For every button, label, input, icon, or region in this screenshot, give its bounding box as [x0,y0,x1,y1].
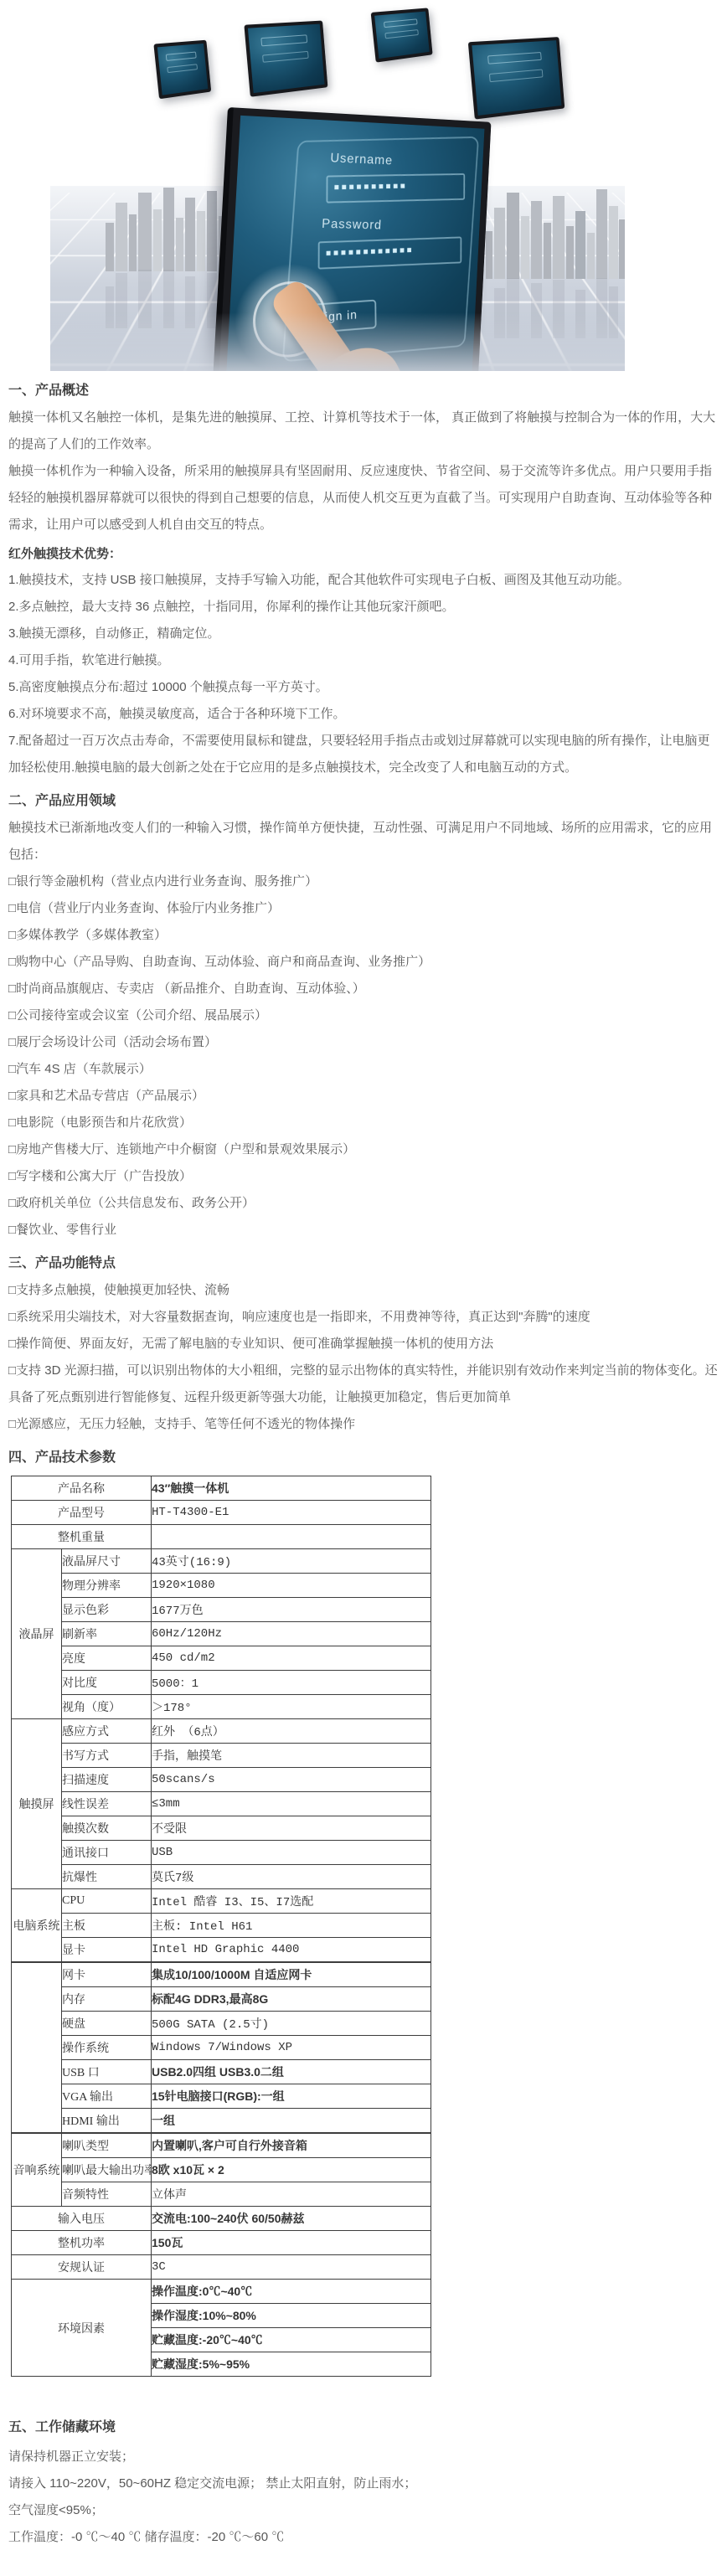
list-item: 1.触摸技术，支持 USB 接口触摸屏，支持手写输入功能，配合其他软件可实现电子… [8,567,719,594]
spec-group-cell: 环境因素 [12,2280,152,2377]
spec-value-cell: 500G SATA (2.5寸) [152,2012,431,2036]
list-item: 工作温度：-0 ℃～40 ℃ 储存温度：-20 ℃～60 ℃ [8,2524,719,2551]
monitor-graphic-small-4 [468,37,565,120]
section-heading-application: 二、产品应用领域 [8,792,719,811]
list-item: 5.高密度触摸点分布:超过 10000 个触摸点每一平方英寸。 [8,674,719,701]
list-item: □房地产售楼大厅、连锁地产中介橱窗（户型和景观效果展示） [8,1136,719,1163]
section-heading-specs: 四、产品技术参数 [8,1449,719,1467]
spec-value-cell: ≤3mm [152,1792,431,1816]
spec-value-cell: USB [152,1841,431,1865]
spec-row: 通讯接口USB [12,1841,431,1865]
spec-label-cell: 液晶屏尺寸 [62,1549,152,1574]
spec-value-cell: 标配4G DDR3,最高8G [152,1987,431,2012]
spec-value-cell: 1920×1080 [152,1574,431,1598]
spec-value-cell: HT-T4300-E1 [152,1501,431,1525]
environment-lines: 请保持机器正立安装；请接入 110~220V，50~60HZ 稳定交流电源； 禁… [8,2444,719,2551]
spec-value-cell: 60Hz/120Hz [152,1622,431,1646]
list-item: □公司接待室或会议室（公司介绍、展品展示） [8,1002,719,1029]
spec-table-body: 产品名称43″触摸一体机产品型号HT-T4300-E1整机重量液晶屏液晶屏尺寸4… [12,1476,431,2377]
list-item: 请保持机器正立安装； [8,2444,719,2470]
spec-row: 亮度450 cd/m2 [12,1646,431,1671]
spec-value-cell [152,1525,431,1549]
spec-value-cell: 集成10/100/1000M 自适应网卡 [152,1962,431,1987]
spec-value-cell: 43″触摸一体机 [152,1476,431,1501]
spec-value-cell: 450 cd/m2 [152,1646,431,1671]
spec-label-cell: 内存 [62,1987,152,2012]
spec-label-cell: 扫描速度 [62,1768,152,1792]
spec-label-cell: 线性误差 [62,1792,152,1816]
spec-row: 环境因素操作温度:0℃~40℃ [12,2280,431,2304]
spec-value-cell: 立体声 [152,2182,431,2207]
spec-label-cell: 整机重量 [12,1525,152,1549]
monitor-screen [374,12,430,59]
spec-row: 刷新率60Hz/120Hz [12,1622,431,1646]
list-item: 3.触摸无漂移，自动修正，精确定位。 [8,621,719,647]
spec-value-cell: 交流电:100~240伏 60/50赫兹 [152,2207,431,2231]
spec-row: 输入电压交流电:100~240伏 60/50赫兹 [12,2207,431,2231]
spec-label-cell: 刷新率 [62,1622,152,1646]
spec-value-cell: 不受限 [152,1816,431,1841]
section-heading-features: 三、产品功能特点 [8,1255,719,1273]
spec-label-cell: 对比度 [62,1671,152,1695]
spec-row: 喇叭最大输出功率8欧 x10瓦 × 2 [12,2158,431,2182]
spec-label-cell: 感应方式 [62,1719,152,1744]
spec-row: 主板主板: Intel H61 [12,1914,431,1938]
spec-row: 内存标配4G DDR3,最高8G [12,1987,431,2012]
spec-label-cell: HDMI 输出 [62,2109,152,2134]
spec-group-cell: 液晶屏 [12,1549,62,1719]
spec-row: 硬盘500G SATA (2.5寸) [12,2012,431,2036]
spec-label-cell: 音频特性 [62,2182,152,2207]
subheading-infrared: 红外触摸技术优势： [8,545,719,564]
spec-value-cell: 贮藏湿度:5%~95% [152,2352,431,2377]
spec-value-cell: USB2.0四组 USB3.0二组 [152,2060,431,2084]
application-intro: 触摸技术已渐渐地改变人们的一种输入习惯，操作简单方便快捷，互动性强、可满足用户不… [8,815,719,868]
spec-value-cell: 43英寸(16:9) [152,1549,431,1574]
list-item: □电信（营业厅内业务查询、体验厅内业务推广） [8,895,719,922]
photo-bottom-fade [50,312,625,371]
list-item: 6.对环境要求不高，触摸灵敏度高，适合于各种环境下工作。 [8,701,719,728]
list-item: □光源感应，无压力轻触，支持手、笔等任何不透光的物体操作 [8,1411,719,1438]
section-heading-overview: 一、产品概述 [8,382,719,400]
list-item: □多媒体教学（多媒体教室） [8,922,719,949]
spec-value-cell: 15针电脑接口(RGB):一组 [152,2084,431,2109]
spec-row: 物理分辨率1920×1080 [12,1574,431,1598]
monitor-graphic-small-2 [244,21,327,97]
spec-label-cell: 喇叭类型 [62,2133,152,2158]
spec-label-cell: 书写方式 [62,1744,152,1768]
list-item: 请接入 110~220V，50~60HZ 稳定交流电源； 禁止太阳直射，防止雨水… [8,2470,719,2497]
spec-label-cell: CPU [62,1889,152,1914]
spec-row: 触摸屏感应方式红外 （6点） [12,1719,431,1744]
monitor-screen [248,24,325,94]
spec-row: 音响系统喇叭类型内置喇叭,客户可自行外接音箱 [12,2133,431,2158]
application-list: □银行等金融机构（营业点内进行业务查询、服务推广）□电信（营业厅内业务查询、体验… [8,868,719,1244]
spec-row: 整机功率150瓦 [12,2231,431,2255]
spec-label-cell: 触摸次数 [62,1816,152,1841]
spec-value-cell: 红外 （6点） [152,1719,431,1744]
list-item: □银行等金融机构（营业点内进行业务查询、服务推广） [8,868,719,895]
spec-row: 扫描速度50scans/s [12,1768,431,1792]
spec-value-cell: 内置喇叭,客户可自行外接音箱 [152,2133,431,2158]
spec-row: 显卡Intel HD Graphic 4400 [12,1938,431,1963]
spec-group-cell: 电脑系统 [12,1889,62,1963]
spec-value-cell: 手指，触摸笔 [152,1744,431,1768]
list-item: □支持 3D 光源扫描，可以识别出物体的大小粗细，完整的显示出物体的真实特性，并… [8,1358,719,1411]
spec-row: 电脑系统CPUIntel 酷睿 I3、I5、I7选配 [12,1889,431,1914]
spec-value-cell: 50scans/s [152,1768,431,1792]
list-item: 7.配备超过一百万次点击寿命，不需要使用鼠标和键盘，只要轻轻用手指点击或划过屏幕… [8,728,719,781]
spec-value-cell: 150瓦 [152,2231,431,2255]
list-item: □操作简便、界面友好，无需了解电脑的专业知识、便可准确掌握触摸一体机的使用方法 [8,1331,719,1358]
spec-row: 产品名称43″触摸一体机 [12,1476,431,1501]
spec-value-cell: 一组 [152,2109,431,2134]
spec-value-cell: 5000：1 [152,1671,431,1695]
list-item: □展厅会场设计公司（活动会场布置） [8,1029,719,1056]
spec-row: 产品型号HT-T4300-E1 [12,1501,431,1525]
photo-canvas: Username ■■■■■■■■■■ Password ■■■■■■■■■■■… [50,0,625,371]
spec-row: VGA 输出15针电脑接口(RGB):一组 [12,2084,431,2109]
monitor-screen [157,44,208,95]
spec-row: USB 口USB2.0四组 USB3.0二组 [12,2060,431,2084]
list-item: □时尚商品旗舰店、专卖店 （新品推介、自助查询、互动体验、） [8,976,719,1002]
spec-row: 对比度5000：1 [12,1671,431,1695]
hero-product-image: Username ■■■■■■■■■■ Password ■■■■■■■■■■■… [0,0,727,371]
list-item: □汽车 4S 店（车款展示） [8,1056,719,1083]
spec-row: 线性误差≤3mm [12,1792,431,1816]
spec-label-cell: 操作系统 [62,2036,152,2060]
list-item: □政府机关单位（公共信息发布、政务公开） [8,1190,719,1217]
spec-label-cell: 整机功率 [12,2231,152,2255]
list-item: □支持多点触摸，使触摸更加轻快、流畅 [8,1277,719,1304]
spec-row: 液晶屏液晶屏尺寸43英寸(16:9) [12,1549,431,1574]
spec-table: 产品名称43″触摸一体机产品型号HT-T4300-E1整机重量液晶屏液晶屏尺寸4… [11,1476,431,2377]
spec-row: 书写方式手指，触摸笔 [12,1744,431,1768]
spec-label-cell: 安规认证 [12,2255,152,2280]
spec-value-cell: Intel 酷睿 I3、I5、I7选配 [152,1889,431,1914]
spec-value-cell: 3C [152,2255,431,2280]
spec-label-cell: USB 口 [62,2060,152,2084]
spec-label-cell: 硬盘 [62,2012,152,2036]
spec-value-cell: 主板: Intel H61 [152,1914,431,1938]
spec-group-cell: 音响系统 [12,2133,62,2207]
list-item: □系统采用尖端技术，对大容量数据查询，响应速度也是一指即来，不用费神等待，真正达… [8,1304,719,1331]
spec-label-cell: VGA 输出 [62,2084,152,2109]
spec-label-cell: 视角（度） [62,1695,152,1719]
spec-row: 触摸次数不受限 [12,1816,431,1841]
spec-row: 安规认证3C [12,2255,431,2280]
spec-value-cell: 莫氏7级 [152,1865,431,1889]
spec-value-cell: 1677万色 [152,1598,431,1622]
spec-label-cell: 抗爆性 [62,1865,152,1889]
article-body: 一、产品概述 触摸一体机又名触控一体机，是集先进的触摸屏、工控、计算机等技术于一… [0,382,727,2576]
spec-label-cell: 通讯接口 [62,1841,152,1865]
monitor-graphic-small-3 [371,8,433,62]
spec-group-cell [12,1962,62,2133]
list-item: □电影院（电影预告和片花欣赏） [8,1110,719,1136]
spec-label-cell: 主板 [62,1914,152,1938]
section-heading-environment: 五、工作储藏环境 [8,2419,719,2437]
spec-row: 视角（度）＞178° [12,1695,431,1719]
spec-label-cell: 显卡 [62,1938,152,1963]
spec-label-cell: 物理分辨率 [62,1574,152,1598]
list-item: 2.多点触控，最大支持 36 点触控，十指同用，你犀利的操作让其他玩家汗颜吧。 [8,594,719,621]
spec-row: 整机重量 [12,1525,431,1549]
spec-value-cell: 操作湿度:10%~80% [152,2304,431,2328]
spec-label-cell: 网卡 [62,1962,152,1987]
spec-row: 显示色彩1677万色 [12,1598,431,1622]
overview-paragraph-1: 触摸一体机又名触控一体机，是集先进的触摸屏、工控、计算机等技术于一体， 真正做到… [8,404,719,458]
list-item: 4.可用手指，软笔进行触摸。 [8,647,719,674]
spec-value-cell: Intel HD Graphic 4400 [152,1938,431,1963]
skyline-right [484,183,625,279]
monitor-graphic-small-1 [153,40,211,100]
list-item: □购物中心（产品导购、自助查询、互动体验、商户和商品查询、业务推广） [8,949,719,976]
spec-group-cell: 触摸屏 [12,1719,62,1889]
password-label: Password [322,218,383,234]
spec-label-cell: 显示色彩 [62,1598,152,1622]
spec-label-cell: 喇叭最大输出功率 [62,2158,152,2182]
spec-value-cell: 8欧 x10瓦 × 2 [152,2158,431,2182]
spec-label-cell: 产品名称 [12,1476,152,1501]
list-item: □家具和艺术品专营店（产品展示） [8,1083,719,1110]
spec-label-cell: 亮度 [62,1646,152,1671]
spec-label-cell: 产品型号 [12,1501,152,1525]
monitor-screen [472,40,561,116]
spec-row: 网卡集成10/100/1000M 自适应网卡 [12,1962,431,1987]
spec-value-cell: Windows 7/Windows XP [152,2036,431,2060]
product-page: Username ■■■■■■■■■■ Password ■■■■■■■■■■■… [0,0,727,2576]
list-item: □餐饮业、零售行业 [8,1217,719,1244]
spec-row: 抗爆性莫氏7级 [12,1865,431,1889]
spec-row: HDMI 输出一组 [12,2109,431,2134]
username-label: Username [330,151,394,168]
feature-list: □支持多点触摸，使触摸更加轻快、流畅□系统采用尖端技术，对大容量数据查询，响应速… [8,1277,719,1438]
environment-section: 五、工作储藏环境 请保持机器正立安装；请接入 110~220V，50~60HZ … [8,2419,719,2551]
spec-value-cell: 操作温度:0℃~40℃ [152,2280,431,2304]
spec-row: 音频特性立体声 [12,2182,431,2207]
spec-value-cell: 贮藏温度:-20℃~40℃ [152,2328,431,2352]
overview-paragraph-2: 触摸一体机作为一种输入设备，所采用的触摸屏具有坚固耐用、反应速度快、节省空间、易… [8,458,719,538]
list-item: □写字楼和公寓大厅（广告投放） [8,1163,719,1190]
spec-value-cell: ＞178° [152,1695,431,1719]
spec-label-cell: 输入电压 [12,2207,152,2231]
list-item: 空气湿度<95%； [8,2497,719,2524]
infrared-advantage-list: 1.触摸技术，支持 USB 接口触摸屏，支持手写输入功能，配合其他软件可实现电子… [8,567,719,781]
username-field: ■■■■■■■■■■ [326,173,465,204]
spec-row: 操作系统Windows 7/Windows XP [12,2036,431,2060]
